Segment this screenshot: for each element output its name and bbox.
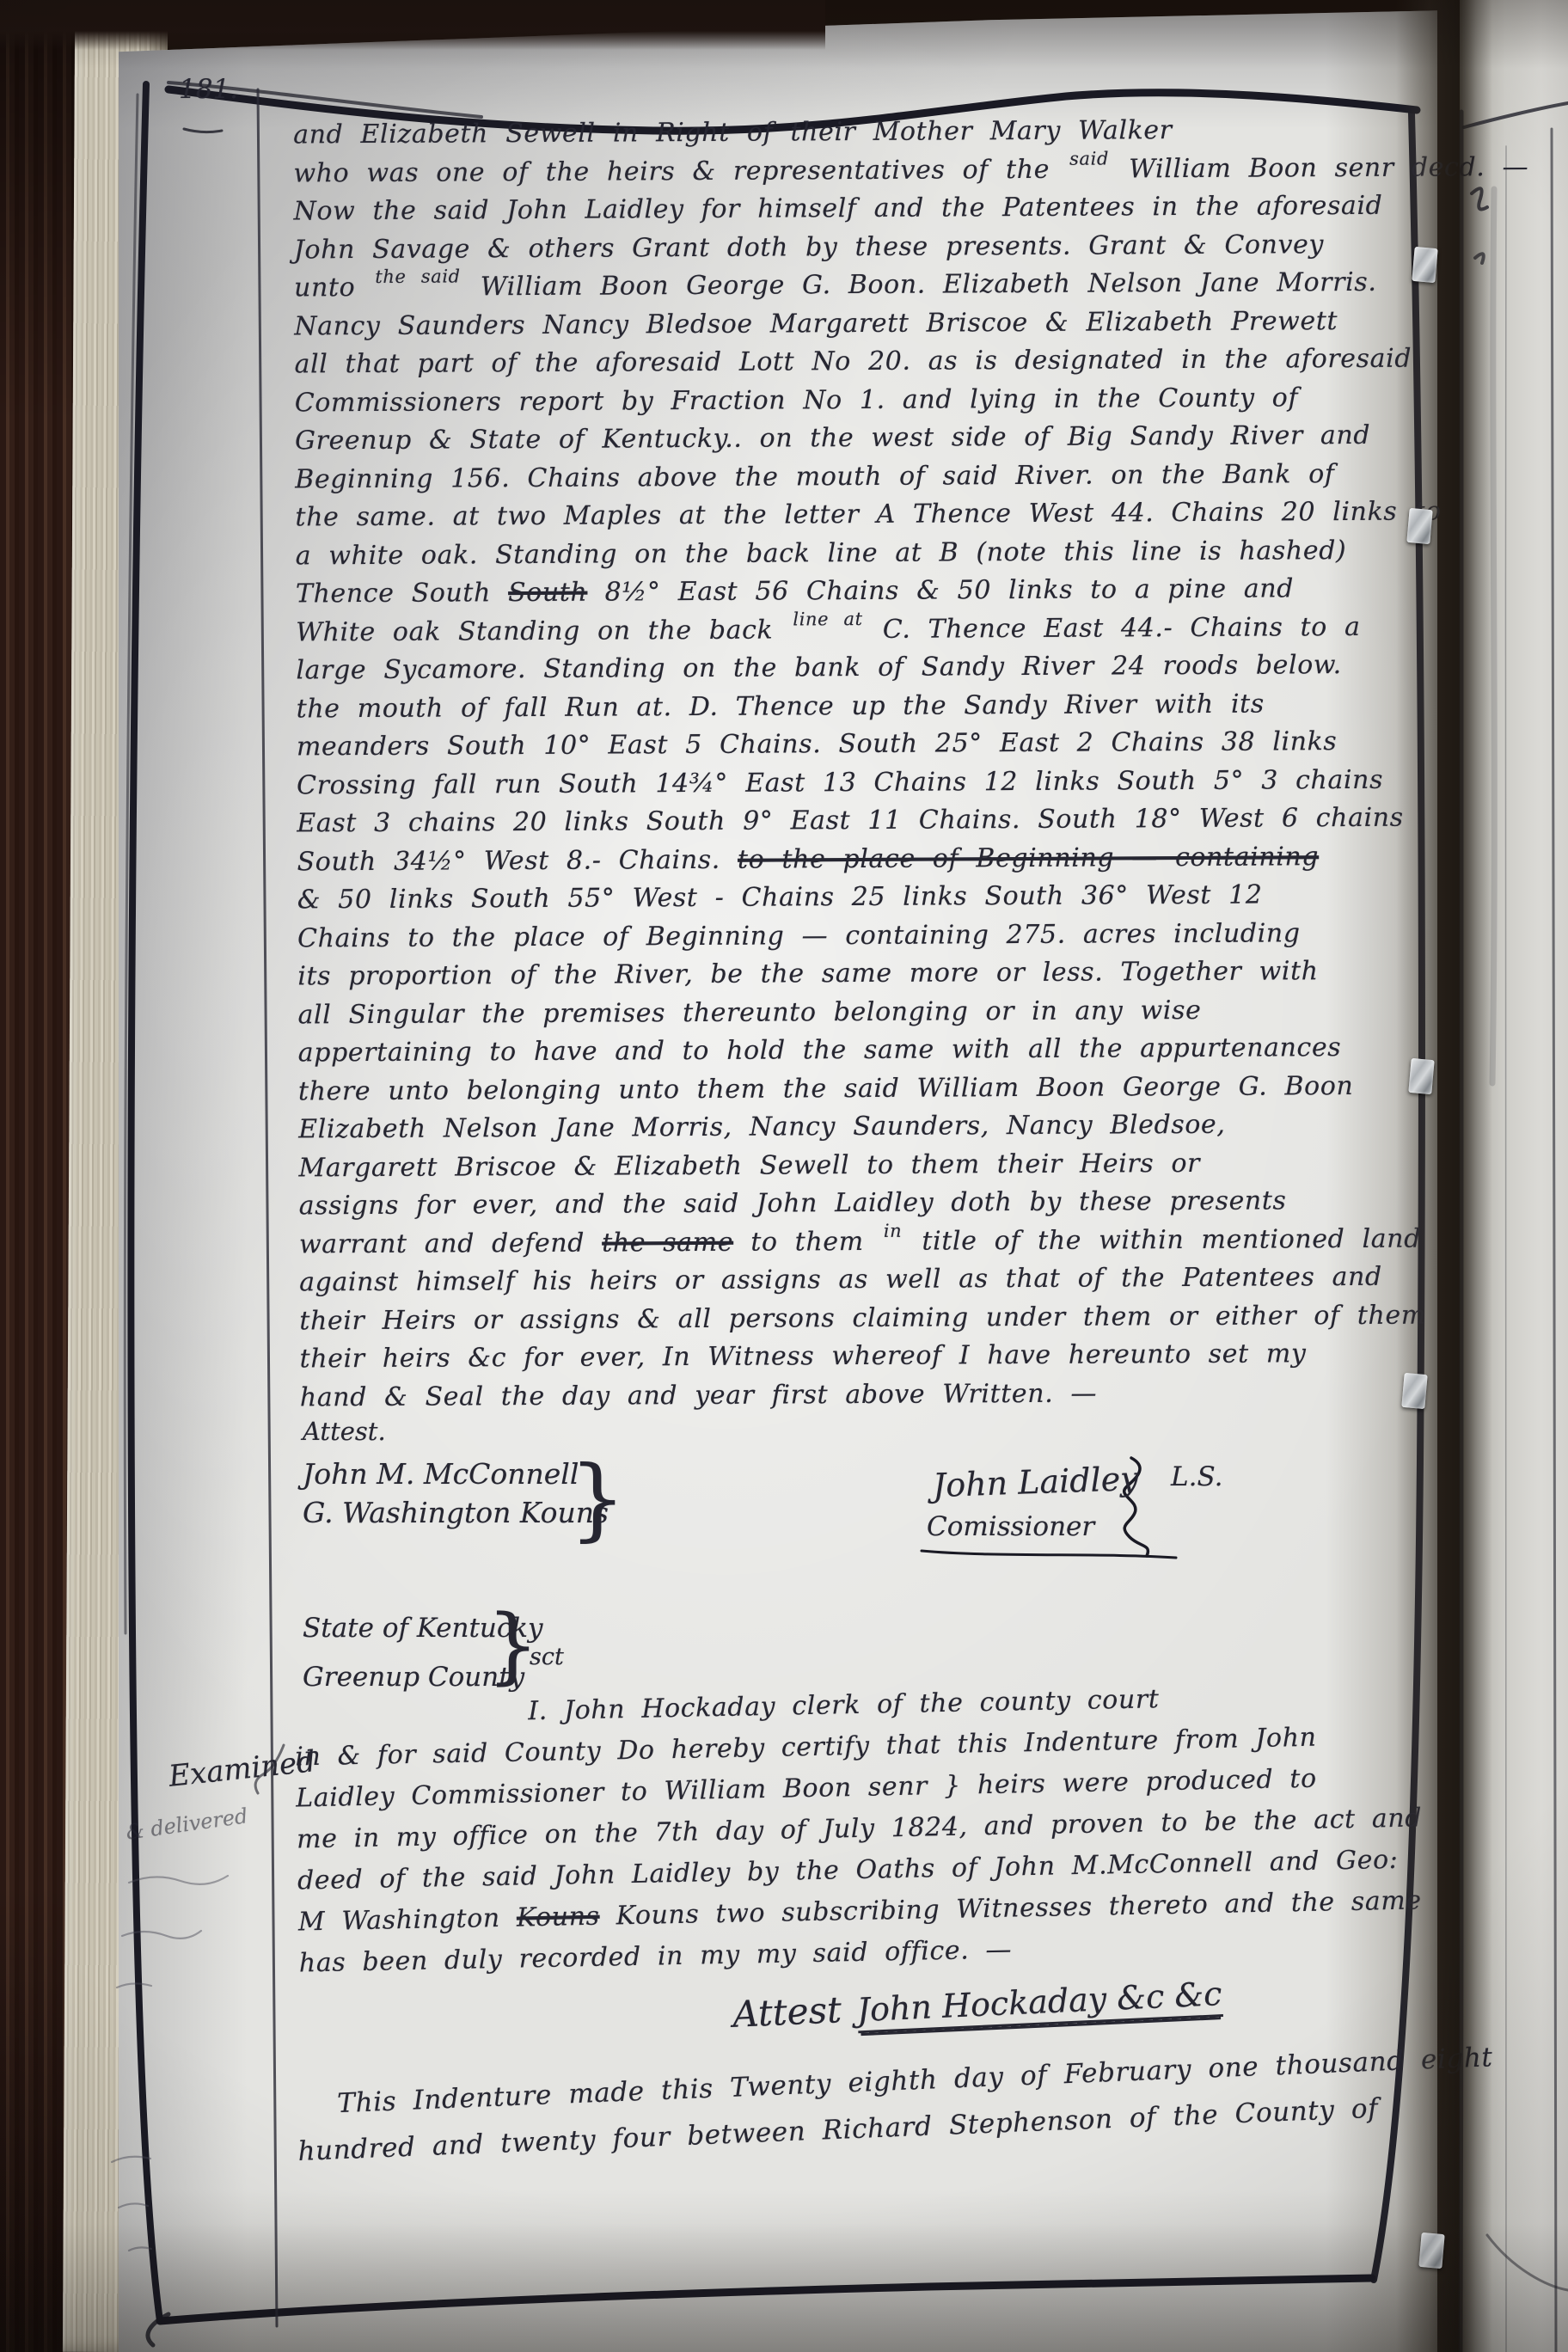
manuscript-line: Thence South South 8½° East 56 Chains & … xyxy=(296,570,1422,614)
line-segment: Chains to the place of Beginning — conta… xyxy=(297,918,1301,953)
line-segment: title of the within mentioned land xyxy=(904,1223,1421,1256)
line-segment: all Singular the premises thereunto belo… xyxy=(297,995,1201,1030)
line-segment: & 50 links South 55° West - Chains 25 li… xyxy=(297,880,1263,916)
line-segment: Margarett Briscoe & Elizabeth Sewell to … xyxy=(298,1148,1200,1182)
manuscript-line: all Singular the premises thereunto belo… xyxy=(297,990,1424,1034)
top-shadow-band xyxy=(0,0,825,50)
line-segment: 8½° East 56 Chains & 50 links to a pine … xyxy=(587,573,1294,607)
manuscript-line: the mouth of fall Run at. D. Thence up t… xyxy=(297,684,1423,728)
manuscript-line: & 50 links South 55° West - Chains 25 li… xyxy=(297,876,1424,920)
manuscript-line: Margarett Briscoe & Elizabeth Sewell to … xyxy=(298,1143,1424,1187)
manuscript-line: their heirs &c for ever, In Witness wher… xyxy=(300,1335,1426,1379)
photographed-deed-book: 182. Examined & Delivered hands &c to Bo… xyxy=(0,0,1568,2352)
metal-clip xyxy=(1401,1373,1427,1409)
line-segment: Nancy Saunders Nancy Bledsoe Margarett B… xyxy=(294,306,1338,341)
line-segment: its proportion of the River, be the same… xyxy=(297,956,1319,991)
line-segment: all that part of the aforesaid Lott No 2… xyxy=(294,344,1412,380)
line-segment: Crossing fall run South 14¾° East 13 Cha… xyxy=(297,764,1383,800)
line-segment: the mouth of fall Run at. D. Thence up t… xyxy=(297,689,1265,724)
line-segment: assigns for ever, and the said John Laid… xyxy=(299,1185,1287,1221)
line-segment: East 3 chains 20 links South 9° East 11 … xyxy=(297,803,1403,839)
manuscript-line: Now the said John Laidley for himself an… xyxy=(294,187,1420,231)
manuscript-line: who was one of the heirs & representativ… xyxy=(293,149,1419,193)
manuscript-line: Greenup & State of Kentucky.. on the wes… xyxy=(295,417,1421,461)
line-segment: White oak Standing on the back xyxy=(296,615,790,647)
line-segment: Now the said John Laidley for himself an… xyxy=(294,191,1383,227)
manuscript-line: hand & Seal the day and year first above… xyxy=(300,1373,1426,1417)
manuscript-line: against himself his heirs or assigns as … xyxy=(299,1259,1425,1302)
page-number: 181. xyxy=(179,74,238,105)
line-segment: to them xyxy=(733,1226,881,1257)
line-segment: their Heirs or assigns & all persons cla… xyxy=(299,1300,1426,1336)
line-segment: warrant and defend xyxy=(299,1228,602,1259)
metal-clip xyxy=(1408,1058,1434,1094)
manuscript-line: and Elizabeth Sewell in Right of their M… xyxy=(293,111,1419,155)
line-segment: Beginning 156. Chains above the mouth of… xyxy=(295,459,1334,494)
line-segment: M Washington xyxy=(298,1903,518,1938)
struck-text: the same xyxy=(602,1227,733,1258)
line-segment: against himself his heirs or assigns as … xyxy=(299,1262,1382,1298)
seal-mark: L.S. xyxy=(1171,1461,1222,1492)
line-segment: Commissioners report by Fraction No 1. a… xyxy=(295,383,1299,418)
facing-page: 182. Examined & Delivered hands &c to Bo… xyxy=(1460,0,1568,2352)
manuscript-line: East 3 chains 20 links South 9° East 11 … xyxy=(297,799,1423,843)
line-segment: who was one of the heirs & representativ… xyxy=(293,154,1067,188)
manuscript-line: John Savage & others Grant doth by these… xyxy=(294,225,1420,269)
manuscript-line: Nancy Saunders Nancy Bledsoe Margarett B… xyxy=(294,302,1420,346)
witness-name: G. Washington Kouns xyxy=(303,1491,609,1530)
line-segment: Elizabeth Nelson Jane Morris, Nancy Saun… xyxy=(298,1110,1225,1145)
manuscript-line: unto the said William Boon George G. Boo… xyxy=(294,264,1420,308)
manuscript-line: large Sycamore. Standing on the bank of … xyxy=(296,646,1422,690)
witness-name: John M. McConnell xyxy=(303,1453,609,1491)
venue-abbreviation: sct xyxy=(530,1644,564,1670)
line-segment: meanders South 10° East 5 Chains. South … xyxy=(297,726,1338,762)
line-segment: William Boon George G. Boon. Elizabeth N… xyxy=(463,267,1377,303)
line-segment: Thence South xyxy=(296,578,508,609)
manuscript-line: the same. at two Maples at the letter A … xyxy=(295,493,1421,537)
line-segment: C. Thence East 44.- Chains to a xyxy=(866,611,1361,644)
struck-text: South xyxy=(508,578,587,608)
manuscript-line: there unto belonging unto them the said … xyxy=(298,1067,1424,1111)
line-segment: large Sycamore. Standing on the bank of … xyxy=(296,650,1341,685)
line-segment: appertaining to have and to hold the sam… xyxy=(298,1032,1342,1068)
manuscript-line: South 34½° West 8.- Chains. to the place… xyxy=(297,837,1423,881)
manuscript-line: Beginning 156. Chains above the mouth of… xyxy=(295,455,1421,499)
line-segment: William Boon senr decd. — xyxy=(1112,151,1528,184)
line-segment: unto xyxy=(294,273,372,303)
manuscript-line: warrant and defend the same to them in t… xyxy=(299,1220,1425,1264)
interlinear-insertion: the said xyxy=(375,276,460,277)
manuscript-line: White oak Standing on the back line at C… xyxy=(296,608,1422,652)
metal-clip xyxy=(1406,508,1432,544)
line-segment: South 34½° West 8.- Chains. xyxy=(297,844,738,877)
line-segment: has been duly recorded in my my said off… xyxy=(299,1935,1013,1979)
manuscript-line: Crossing fall run South 14¾° East 13 Cha… xyxy=(297,761,1423,805)
line-segment: and Elizabeth Sewell in Right of their M… xyxy=(293,115,1173,150)
manuscript-line: appertaining to have and to hold the sam… xyxy=(298,1029,1424,1073)
witness-brace: } xyxy=(569,1446,626,1551)
clerk-certification: I. John Hockaday clerk of the county cou… xyxy=(294,1675,1417,1985)
commissioner-signature: John Laidley xyxy=(932,1460,1139,1504)
line-segment: their heirs &c for ever, In Witness wher… xyxy=(300,1338,1307,1374)
line-segment: John Savage & others Grant doth by these… xyxy=(294,230,1324,265)
witness-signatures: John M. McConnell G. Washington Kouns xyxy=(303,1453,609,1529)
commissioner-title: Comissioner xyxy=(927,1511,1094,1542)
metal-clip xyxy=(1412,247,1437,283)
line-segment: Greenup & State of Kentucky.. on the wes… xyxy=(295,420,1370,456)
manuscript-line: Commissioners report by Fraction No 1. a… xyxy=(295,378,1421,422)
metal-clip xyxy=(1418,2233,1444,2269)
manuscript-line: its proportion of the River, be the same… xyxy=(297,952,1424,996)
manuscript-line: Elizabeth Nelson Jane Morris, Nancy Saun… xyxy=(298,1106,1424,1149)
line-segment: there unto belonging unto them the said … xyxy=(298,1070,1354,1106)
manuscript-line: Chains to the place of Beginning — conta… xyxy=(297,914,1424,958)
line-segment: the same. at two Maples at the letter A … xyxy=(295,496,1441,532)
manuscript-line: their Heirs or assigns & all persons cla… xyxy=(299,1296,1425,1340)
attest-word: Attest xyxy=(732,1988,842,2036)
manuscript-line: assigns for ever, and the said John Laid… xyxy=(299,1182,1425,1226)
manuscript-line: a white oak. Standing on the back line a… xyxy=(296,531,1422,575)
attest-label: Attest. xyxy=(303,1417,386,1446)
manuscript-line: all that part of the aforesaid Lott No 2… xyxy=(294,340,1420,384)
line-segment: I. John Hockaday clerk of the county cou… xyxy=(528,1684,1160,1726)
deed-body-text: and Elizabeth Sewell in Right of their M… xyxy=(293,111,1426,1418)
manuscript-line: meanders South 10° East 5 Chains. South … xyxy=(297,723,1423,767)
struck-text: Kouns xyxy=(517,1902,600,1933)
line-segment: hand & Seal the day and year first above… xyxy=(300,1378,1097,1412)
struck-text: to the place of Beginning — containing xyxy=(738,842,1319,875)
line-segment: a white oak. Standing on the back line a… xyxy=(296,536,1347,571)
